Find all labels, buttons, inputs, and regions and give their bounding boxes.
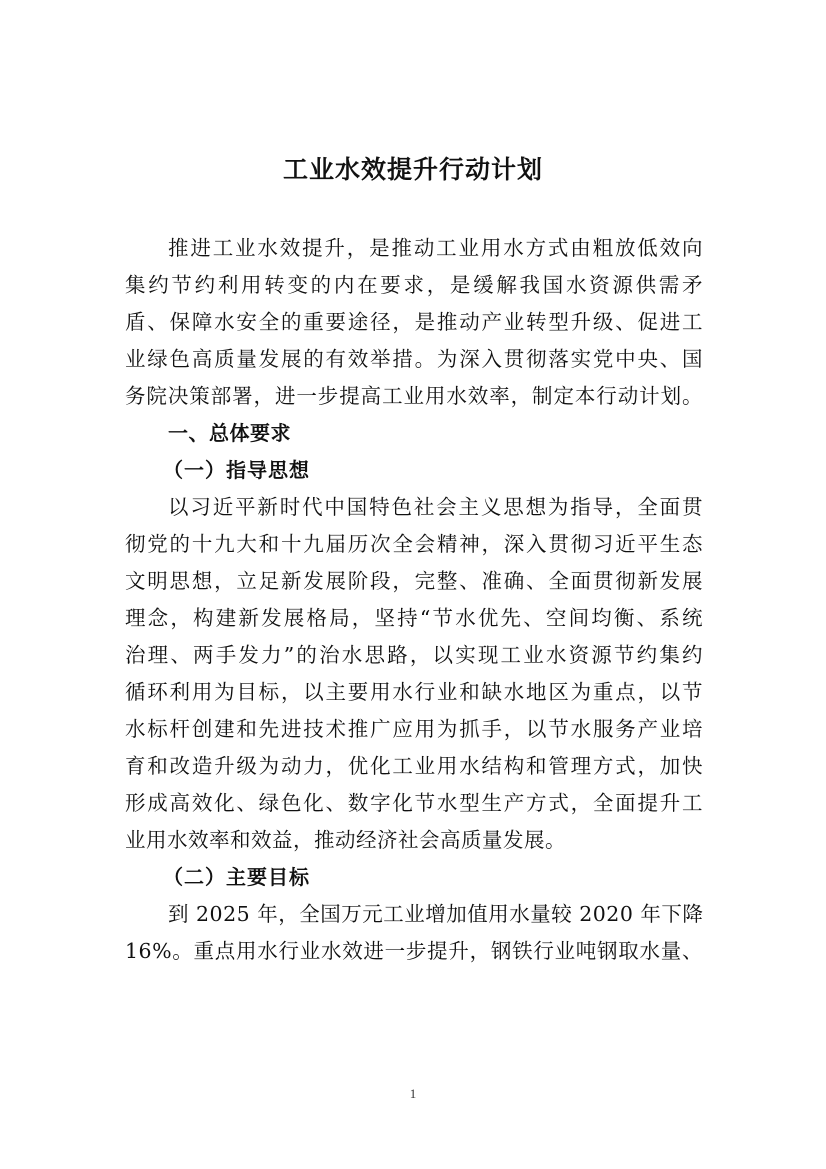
body-line: 形成高效化、绿色化、数字化节水型生产方式，全面提升工 [125,785,703,822]
document-page: 工业水效提升行动计划 推进工业水效提升，是推动工业用水方式由粗放低效向 集约节约… [0,0,826,1169]
body-line: 循环利用为目标，以主要用水行业和缺水地区为重点，以节 [125,674,703,711]
body-line: 业绿色高质量发展的有效举措。为深入贯彻落实党中央、国 [125,341,703,378]
subsection-heading: （一）指导思想 [125,452,703,489]
body-line: 推进工业水效提升，是推动工业用水方式由粗放低效向 [125,230,703,267]
body-line: 到 2025 年，全国万元工业增加值用水量较 2020 年下降 [125,896,703,933]
body-line: 集约节约利用转变的内在要求，是缓解我国水资源供需矛 [125,267,703,304]
body-line: 彻党的十九大和十九届历次全会精神，深入贯彻习近平生态 [125,526,703,563]
body-line: 育和改造升级为动力，优化工业用水结构和管理方式，加快 [125,748,703,785]
body-line: 文明思想，立足新发展阶段，完整、准确、全面贯彻新发展 [125,563,703,600]
body-line: 理念，构建新发展格局，坚持“节水优先、空间均衡、系统 [125,600,703,637]
body-line: 业用水效率和效益，推动经济社会高质量发展。 [125,822,703,859]
body-line: 治理、两手发力”的治水思路，以实现工业水资源节约集约 [125,637,703,674]
subsection-heading: （二）主要目标 [125,859,703,896]
body-line: 16%。重点用水行业水效进一步提升，钢铁行业吨钢取水量、 [125,933,703,970]
body-line: 水标杆创建和先进技术推广应用为抓手，以节水服务产业培 [125,711,703,748]
document-body: 推进工业水效提升，是推动工业用水方式由粗放低效向 集约节约利用转变的内在要求，是… [125,230,703,970]
page-number: 1 [0,1086,826,1102]
body-line: 务院决策部署，进一步提高工业用水效率，制定本行动计划。 [125,378,703,415]
body-line: 盾、保障水安全的重要途径，是推动产业转型升级、促进工 [125,304,703,341]
section-heading: 一、总体要求 [125,415,703,452]
document-title: 工业水效提升行动计划 [0,150,826,186]
body-line: 以习近平新时代中国特色社会主义思想为指导，全面贯 [125,489,703,526]
